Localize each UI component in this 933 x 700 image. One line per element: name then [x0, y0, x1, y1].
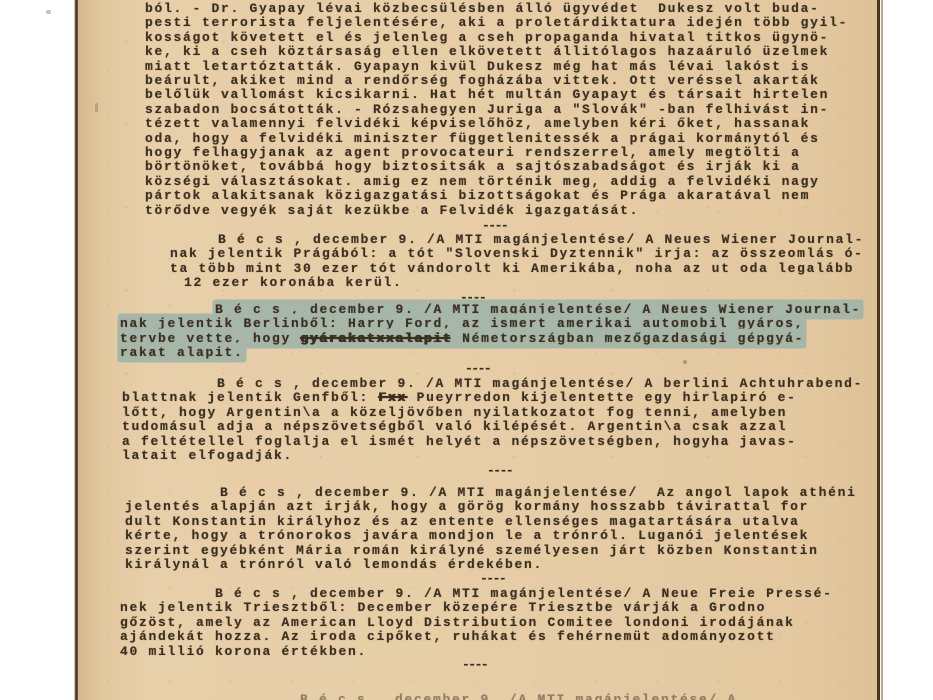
text-segment: nek jelentik Triesztből: December közepé… — [120, 600, 766, 615]
document-page-text: ból. - Dr. Gyapay lévai közbecsülésben á… — [0, 0, 933, 700]
text-line: B é c s , december 9. /A MTI magánjelent… — [300, 693, 737, 700]
struck-out-text: gyárakatxxalapit — [301, 331, 453, 346]
report-harry-ford-highlighted: B é c s , december 9. /A MTI magánjelent… — [120, 303, 861, 361]
text-line: ból. - Dr. Gyapay lévai közbecsülésben á… — [145, 2, 848, 16]
text-line: lőtt, hogy Argentin\a a közeljövőben nyi… — [122, 406, 863, 420]
report-argentina-league: B é c s , december 9. /A MTI magánjelent… — [122, 377, 863, 463]
highlighted-text: tervbe vette, hogy — [120, 331, 301, 346]
text-line: miatt letartóztatták. Gyapayn kivül Duke… — [145, 60, 848, 74]
text-segment: miatt letartóztatták. Gyapayn kivül Duke… — [145, 59, 810, 74]
text-segment: Pueyrredon kijelentette egy hirlapiró e- — [407, 390, 797, 405]
section-divider: ---- — [462, 658, 487, 672]
text-segment: B é c s , december 9. /A MTI magánjelent… — [300, 692, 737, 700]
text-segment: jelentés alapján azt irják, hogy a görög… — [125, 499, 809, 514]
text-line: dult Konstantin királyhoz és az entente … — [125, 515, 857, 529]
text-line: jelentés alapján azt irják, hogy a görög… — [125, 500, 857, 514]
text-line: ke, ki a cseh köztársaság ellen elkövete… — [145, 45, 848, 59]
text-line: tézett valamennyi felvidéki képviselőhöz… — [145, 117, 848, 131]
text-segment: tudomásul adja a népszövetségből való ki… — [122, 419, 787, 434]
text-line: nek jelentik Triesztből: December közepé… — [120, 601, 833, 615]
text-line: kérte, hogy a trónorokos javára mondjon … — [125, 529, 857, 543]
text-line: beárult, akiket mind a rendőrség fogházá… — [145, 74, 848, 88]
text-line: pártok alakitsanak közigazgatási bizotts… — [145, 189, 848, 203]
text-segment: beárult, akiket mind a rendőrség fogházá… — [145, 73, 820, 88]
text-segment: B é c s , december 9. /A MTI magánjelent… — [215, 586, 833, 601]
text-line: ta több mint 30 ezer tót vándorolt ki Am… — [170, 262, 864, 276]
text-segment: községi választásokat. amig ez nem törté… — [145, 174, 820, 189]
report-gyapay-dukesz: ból. - Dr. Gyapay lévai közbecsülésben á… — [145, 2, 848, 218]
text-segment: B é c s , december 9. /A MTI magánjelent… — [218, 232, 864, 247]
text-line: B é c s , december 9. /A MTI magánjelent… — [122, 377, 863, 391]
text-segment: blattnak jelentik Genfből: — [122, 390, 379, 405]
text-line: B é c s , december 9. /A MTI magánjelent… — [120, 587, 833, 601]
text-segment: gőzöst, amely az American Lloyd Distribu… — [120, 615, 795, 630]
text-line: ajándekát hozza. Az iroda cipőket, ruhák… — [120, 630, 833, 644]
text-line: rakat alapit. — [120, 346, 861, 360]
text-line: tudomásul adja a népszövetségből való ki… — [122, 420, 863, 434]
text-segment: szerint egyébként Mária román királyné s… — [125, 543, 819, 558]
text-segment: hogy felhagyjanak az agent provocateuri … — [145, 145, 801, 160]
text-line: gőzöst, amely az American Lloyd Distribu… — [120, 616, 833, 630]
text-segment: kérte, hogy a trónorokos javára mondjon … — [125, 528, 809, 543]
text-line: börtönöket, továbbá hogy biztositsák a s… — [145, 160, 848, 174]
scanned-document-viewport: ból. - Dr. Gyapay lévai közbecsülésben á… — [0, 0, 933, 700]
text-segment: szabadon bocsátották. - Rózsahegyen Juri… — [145, 102, 829, 117]
text-line: belőlük vallomást kicsikarni. Hat hét mu… — [145, 88, 848, 102]
highlighted-text: B é c s , december 9. /A MTI magánjelent… — [215, 302, 861, 317]
text-segment: ta több mint 30 ezer tót vándorolt ki Am… — [170, 261, 854, 276]
text-line: latait elfogadják. — [122, 449, 863, 463]
text-segment: lőtt, hogy Argentin\a a közeljövőben nyi… — [122, 405, 787, 420]
text-segment: kosságot követett el és jelenleg a cseh … — [145, 30, 829, 45]
text-segment: B é c s , december 9. /A MTI magánjelent… — [217, 376, 863, 391]
highlighted-text: Németországban mezőgazdasági gépgyá- — [453, 331, 805, 346]
report-trieste-grodno: B é c s , december 9. /A MTI magánjelent… — [120, 587, 833, 659]
text-segment: királynál a trónról való lemondás érdeké… — [125, 557, 543, 572]
text-segment: ból. - Dr. Gyapay lévai közbecsülésben á… — [145, 1, 820, 16]
struck-out-text: Fxx — [379, 390, 408, 405]
text-segment: ke, ki a cseh köztársaság ellen elkövete… — [145, 44, 829, 59]
text-line: hogy felhagyjanak az agent provocateuri … — [145, 146, 848, 160]
text-line: 12 ezer koronába kerül. — [170, 276, 864, 290]
text-segment: 40 millió korona értékben. — [120, 644, 367, 659]
text-segment: börtönöket, továbbá hogy biztositsák a s… — [145, 159, 801, 174]
text-line: blattnak jelentik Genfből: Fxx Pueyrredo… — [122, 391, 863, 405]
report-slovak-emigration: B é c s , december 9. /A MTI magánjelent… — [170, 233, 864, 291]
section-divider: ---- — [465, 362, 490, 376]
text-line: B é c s , december 9. /A MTI magánjelent… — [170, 233, 864, 247]
highlighted-text: rakat alapit. — [120, 345, 244, 360]
section-divider: ---- — [487, 464, 512, 478]
text-line: községi választásokat. amig ez nem törté… — [145, 175, 848, 189]
text-line: pesti terrorista feljelentésére, aki a p… — [145, 16, 848, 30]
text-segment: pesti terrorista feljelentésére, aki a p… — [145, 15, 848, 30]
text-segment: a feltétellel foglalja el ismét helyét a… — [122, 434, 797, 449]
text-segment: 12 ezer koronába kerül. — [184, 275, 403, 290]
highlighted-text: nak jelentik Berlinből: Harry Ford, az i… — [120, 316, 804, 331]
text-line: B é c s , december 9. /A MTI magánjelent… — [125, 486, 857, 500]
text-line: szerint egyébként Mária román királyné s… — [125, 544, 857, 558]
text-segment: törődve vegyék saját kezükbe a Felvidék … — [145, 203, 639, 218]
text-segment: pártok alakitsanak közigazgatási bizotts… — [145, 188, 810, 203]
text-segment: oda, hogy a felvidéki miniszter függetle… — [145, 131, 820, 146]
text-segment: belőlük vallomást kicsikarni. Hat hét mu… — [145, 87, 829, 102]
text-line: nak jelentik Prágából: a tót "Slovenski … — [170, 247, 864, 261]
cut-off-bottom-line: B é c s , december 9. /A MTI magánjelent… — [300, 693, 737, 700]
text-line: törődve vegyék saját kezükbe a Felvidék … — [145, 204, 848, 218]
text-segment: ajándekát hozza. Az iroda cipőket, ruhák… — [120, 629, 776, 644]
text-segment: B é c s , december 9. /A MTI magánjelent… — [220, 485, 857, 500]
text-segment: tézett valamennyi felvidéki képviselőhöz… — [145, 116, 810, 131]
text-line: kosságot követett el és jelenleg a cseh … — [145, 31, 848, 45]
text-line: szabadon bocsátották. - Rózsahegyen Juri… — [145, 103, 848, 117]
report-konstantin-throne: B é c s , december 9. /A MTI magánjelent… — [125, 486, 857, 572]
text-line: nak jelentik Berlinből: Harry Ford, az i… — [120, 317, 861, 331]
text-segment: latait elfogadják. — [122, 448, 293, 463]
text-segment: dult Konstantin királyhoz és az entente … — [125, 514, 800, 529]
text-line: a feltétellel foglalja el ismét helyét a… — [122, 435, 863, 449]
text-line: oda, hogy a felvidéki miniszter függetle… — [145, 132, 848, 146]
text-segment: nak jelentik Prágából: a tót "Slovenski … — [170, 246, 864, 261]
section-divider: ---- — [480, 572, 505, 586]
